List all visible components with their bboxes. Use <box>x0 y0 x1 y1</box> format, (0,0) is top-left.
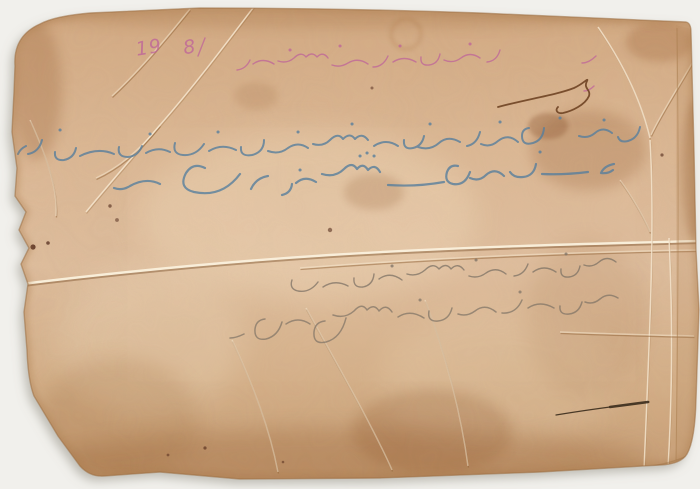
date-numeral-left: 19 <box>134 35 163 61</box>
scanned-document: faded magenta Arabic inscription, top ce… <box>0 0 700 489</box>
scan-area: faded magenta Arabic inscription, top ce… <box>0 0 700 489</box>
